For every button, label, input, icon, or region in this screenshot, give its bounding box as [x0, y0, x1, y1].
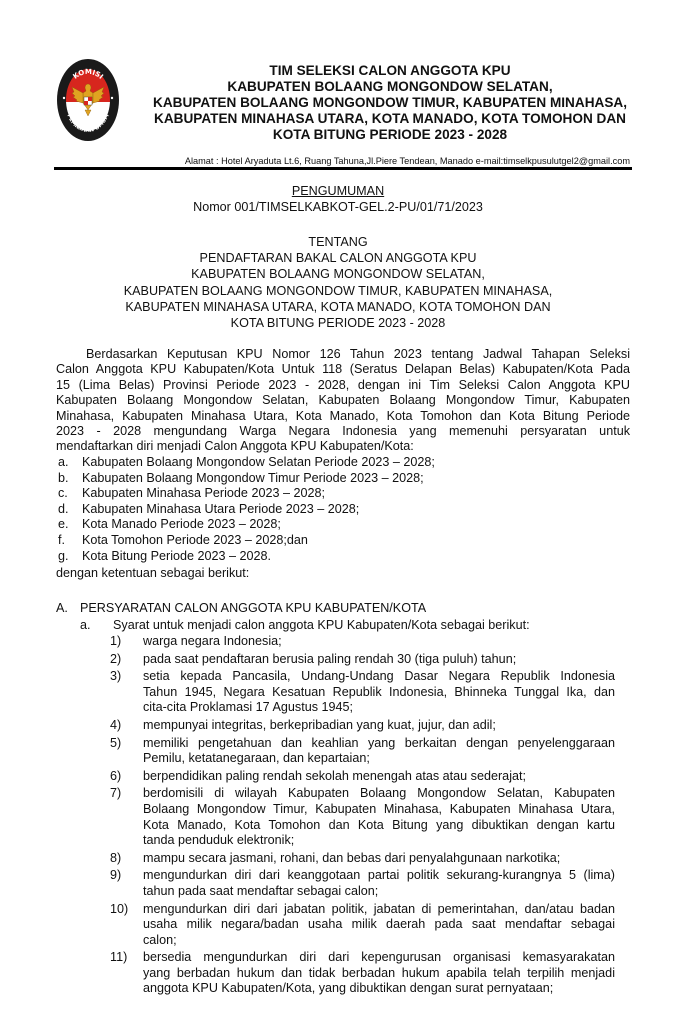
section-a-heading: A. PERSYARATAN CALON ANGGOTA KPU KABUPAT…: [56, 601, 426, 615]
region-list: a.Kabupaten Bolaang Mongondow Selatan Pe…: [56, 455, 435, 564]
requirement-item: 9)mengundurkan diri dari keanggotaan par…: [110, 868, 615, 899]
requirement-text: berdomisili di wilayah Kabupaten Bolaang…: [143, 786, 615, 848]
announcement-number: Nomor 001/TIMSELKABKOT-GEL.2-PU/01/71/20…: [40, 200, 636, 214]
paragraph-line: Minahasa, Kabupaten Minahasa Utara, Kota…: [56, 409, 630, 424]
requirement-item: 11)bersedia mengundurkan diri dari kepen…: [110, 950, 615, 997]
subject-line: KABUPATEN BOLAANG MONGONDOW TIMUR, KABUP…: [40, 283, 636, 299]
requirement-text: mengundurkan diri dari keanggotaan parta…: [143, 868, 615, 899]
requirement-number: 2): [110, 652, 143, 668]
subject-line: PENDAFTARAN BAKAL CALON ANGGOTA KPU: [40, 250, 636, 266]
requirement-item: 2)pada saat pendaftaran berusia paling r…: [110, 652, 615, 668]
requirement-text: memiliki pengetahuan dan keahlian yang b…: [143, 736, 615, 767]
requirement-number: 9): [110, 868, 143, 899]
paragraph-line: 2023 - 2028 mengundang Warga Negara Indo…: [56, 424, 630, 439]
letterhead-title-line: TIM SELEKSI CALON ANGGOTA KPU: [130, 63, 650, 79]
letterhead-title-line: KABUPATEN BOLAANG MONGONDOW SELATAN,: [130, 79, 650, 95]
announcement-subject: TENTANG PENDAFTARAN BAKAL CALON ANGGOTA …: [40, 234, 636, 331]
closing-text: dengan ketentuan sebagai berikut:: [56, 566, 249, 580]
requirement-number: 7): [110, 786, 143, 848]
requirement-number: 5): [110, 736, 143, 767]
letterhead-title: TIM SELEKSI CALON ANGGOTA KPU KABUPATEN …: [130, 63, 650, 143]
requirement-number: 11): [110, 950, 143, 997]
list-item: a.Kabupaten Bolaang Mongondow Selatan Pe…: [56, 455, 435, 471]
requirement-text: bersedia mengundurkan diri dari kepengur…: [143, 950, 615, 997]
paragraph-line: 15 (Lima Belas) Provinsi Periode 2023 - …: [56, 378, 630, 393]
intro-paragraph: Berdasarkan Keputusan KPU Nomor 126 Tahu…: [56, 347, 630, 455]
letterhead-address: Alamat : Hotel Aryaduta Lt.6, Ruang Tahu…: [130, 156, 630, 166]
requirement-item: 8)mampu secara jasmani, rohani, dan beba…: [110, 851, 615, 867]
paragraph-line: Calon Anggota KPU Kabupaten/Kota Untuk 1…: [56, 362, 630, 377]
requirement-number: 6): [110, 769, 143, 785]
letterhead-divider: [54, 167, 632, 170]
kpu-logo-icon: KOMISI PEMILIHAN UMUM: [56, 58, 120, 142]
paragraph-line: Berdasarkan Keputusan KPU Nomor 126 Tahu…: [56, 347, 630, 362]
requirement-item: 1)warga negara Indonesia;: [110, 634, 615, 650]
list-item: e.Kota Manado Periode 2023 – 2028;: [56, 517, 435, 533]
requirement-text: setia kepada Pancasila, Undang-Undang Da…: [143, 669, 615, 716]
requirement-number: 4): [110, 718, 143, 734]
requirement-item: 10)mengundurkan diri dari jabatan politi…: [110, 902, 615, 949]
requirement-text: warga negara Indonesia;: [143, 634, 615, 650]
subject-line: KABUPATEN MINAHASA UTARA, KOTA MANADO, K…: [40, 299, 636, 315]
document-page: KOMISI PEMILIHAN UMUM TIM SELEKSI CALON …: [0, 0, 676, 1033]
letterhead-title-line: KABUPATEN MINAHASA UTARA, KOTA MANADO, K…: [130, 111, 650, 127]
list-item: c.Kabupaten Minahasa Periode 2023 – 2028…: [56, 486, 435, 502]
announcement-title: PENGUMUMAN: [40, 184, 636, 198]
requirement-item: 5)memiliki pengetahuan dan keahlian yang…: [110, 736, 615, 767]
requirement-item: 7)berdomisili di wilayah Kabupaten Bolaa…: [110, 786, 615, 848]
requirement-item: 4)mempunyai integritas, berkepribadian y…: [110, 718, 615, 734]
list-item: d.Kabupaten Minahasa Utara Periode 2023 …: [56, 502, 435, 518]
requirement-text: mampu secara jasmani, rohani, dan bebas …: [143, 851, 615, 867]
requirement-number: 10): [110, 902, 143, 949]
requirement-text: pada saat pendaftaran berusia paling ren…: [143, 652, 615, 668]
requirement-item: 6)berpendidikan paling rendah sekolah me…: [110, 769, 615, 785]
list-item: b.Kabupaten Bolaang Mongondow Timur Peri…: [56, 471, 435, 487]
section-a-sub-heading: a. Syarat untuk menjadi calon anggota KP…: [80, 618, 530, 632]
subject-line: TENTANG: [40, 234, 636, 250]
paragraph-line: Kabupaten Bolaang Mongondow Selatan, Kab…: [56, 393, 630, 408]
list-item: g.Kota Bitung Periode 2023 – 2028.: [56, 549, 435, 565]
letterhead-title-line: KOTA BITUNG PERIODE 2023 - 2028: [130, 127, 650, 143]
requirement-number: 1): [110, 634, 143, 650]
requirement-text: berpendidikan paling rendah sekolah mene…: [143, 769, 615, 785]
subject-line: KOTA BITUNG PERIODE 2023 - 2028: [40, 315, 636, 331]
requirement-text: mengundurkan diri dari jabatan politik, …: [143, 902, 615, 949]
letterhead-title-line: KABUPATEN BOLAANG MONGONDOW TIMUR, KABUP…: [130, 95, 650, 111]
subject-line: KABUPATEN BOLAANG MONGONDOW SELATAN,: [40, 266, 636, 282]
paragraph-line: mendaftarkan diri menjadi Calon Anggota …: [56, 439, 630, 454]
requirement-text: mempunyai integritas, berkepribadian yan…: [143, 718, 615, 734]
requirement-item: 3)setia kepada Pancasila, Undang-Undang …: [110, 669, 615, 716]
requirement-number: 8): [110, 851, 143, 867]
requirements-list: 1)warga negara Indonesia;2)pada saat pen…: [110, 634, 615, 999]
requirement-number: 3): [110, 669, 143, 716]
list-item: f.Kota Tomohon Periode 2023 – 2028;dan: [56, 533, 435, 549]
